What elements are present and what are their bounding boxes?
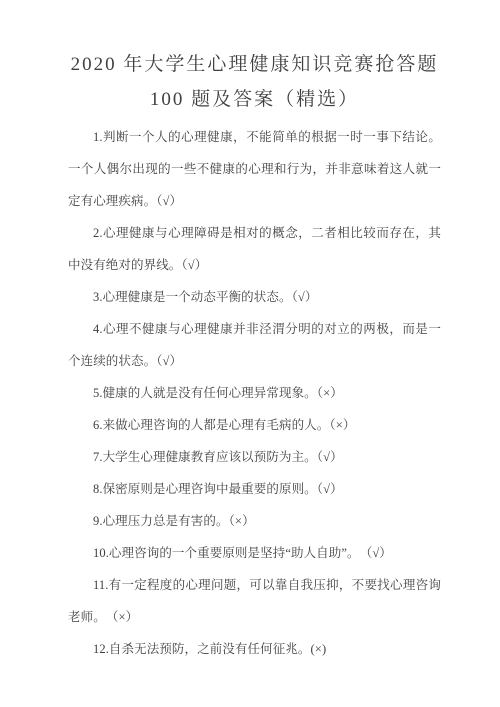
- question-item: 9.心理压力总是有害的。（×）: [68, 505, 441, 537]
- question-item: 6.来做心理咨询的人都是心理有毛病的人。（×）: [68, 409, 441, 441]
- question-item: 5.健康的人就是没有任何心理异常现象。（×）: [68, 377, 441, 409]
- question-answer: （×）: [317, 386, 343, 400]
- document-body: 2020 年大学生心理健康知识竞赛抢答题 100 题及答案（精选） 1.判断一个…: [0, 0, 500, 665]
- question-text: 12.自杀无法预防，之前没有任何征兆。: [93, 642, 311, 656]
- question-answer: （√）: [317, 482, 343, 496]
- question-answer: （√）: [156, 354, 182, 368]
- question-answer: （√）: [292, 290, 318, 304]
- question-text: 9.心理压力总是有害的。: [93, 514, 229, 528]
- question-item: 12.自杀无法预防，之前没有任何征兆。(×): [68, 633, 441, 665]
- question-text: 8.保密原则是心理咨询中最重要的原则。: [93, 482, 317, 496]
- question-text: 10.心理咨询的一个重要原则是坚持“助人自助”。: [93, 546, 353, 560]
- question-item: 8.保密原则是心理咨询中最重要的原则。（√）: [68, 473, 441, 505]
- question-answer: （√）: [353, 546, 392, 560]
- question-item: 3.心理健康是一个动态平衡的状态。（√）: [68, 281, 441, 313]
- question-answer: （×）: [329, 418, 355, 432]
- question-text: 5.健康的人就是没有任何心理异常现象。: [93, 386, 317, 400]
- question-item: 4.心理不健康与心理健康并非泾渭分明的对立的两极，而是一个连续的状态。（√）: [68, 313, 441, 377]
- title-line-2: 100 题及答案（精选）: [68, 82, 441, 117]
- question-answer: （√）: [156, 194, 182, 208]
- question-text: 4.心理不健康与心理健康并非泾渭分明的对立的两极，而是一个连续的状态。: [68, 322, 441, 368]
- question-answer: （√）: [317, 450, 343, 464]
- question-text: 2.心理健康与心理障碍是相对的概念，二者相比较而存在，其中没有绝对的界线。: [68, 226, 441, 272]
- question-item: 2.心理健康与心理障碍是相对的概念，二者相比较而存在，其中没有绝对的界线。（√）: [68, 217, 441, 281]
- question-answer: （×）: [100, 610, 139, 624]
- question-item: 11.有一定程度的心理问题，可以靠自我压抑，不要找心理咨询老师。 （×）: [68, 569, 441, 633]
- document-title: 2020 年大学生心理健康知识竞赛抢答题 100 题及答案（精选）: [68, 0, 441, 117]
- question-answer: (×): [311, 642, 327, 656]
- question-item: 7.大学生心理健康教育应该以预防为主。（√）: [68, 441, 441, 473]
- question-text: 1.判断一个人的心理健康，不能简单的根据一时一事下结论。一个人偶尔出现的一些不健…: [68, 130, 441, 208]
- question-text: 7.大学生心理健康教育应该以预防为主。: [93, 450, 317, 464]
- question-item: 1.判断一个人的心理健康，不能简单的根据一时一事下结论。一个人偶尔出现的一些不健…: [68, 121, 441, 217]
- question-answer: （√）: [181, 258, 207, 272]
- question-item: 10.心理咨询的一个重要原则是坚持“助人自助”。 （√）: [68, 537, 441, 569]
- document-page: 2020 年大学生心理健康知识竞赛抢答题 100 题及答案（精选） 1.判断一个…: [0, 0, 500, 707]
- title-line-1: 2020 年大学生心理健康知识竞赛抢答题: [68, 47, 441, 82]
- question-answer: （×）: [229, 514, 255, 528]
- question-text: 3.心理健康是一个动态平衡的状态。: [93, 290, 292, 304]
- question-list: 1.判断一个人的心理健康，不能简单的根据一时一事下结论。一个人偶尔出现的一些不健…: [68, 121, 441, 665]
- question-text: 6.来做心理咨询的人都是心理有毛病的人。: [93, 418, 329, 432]
